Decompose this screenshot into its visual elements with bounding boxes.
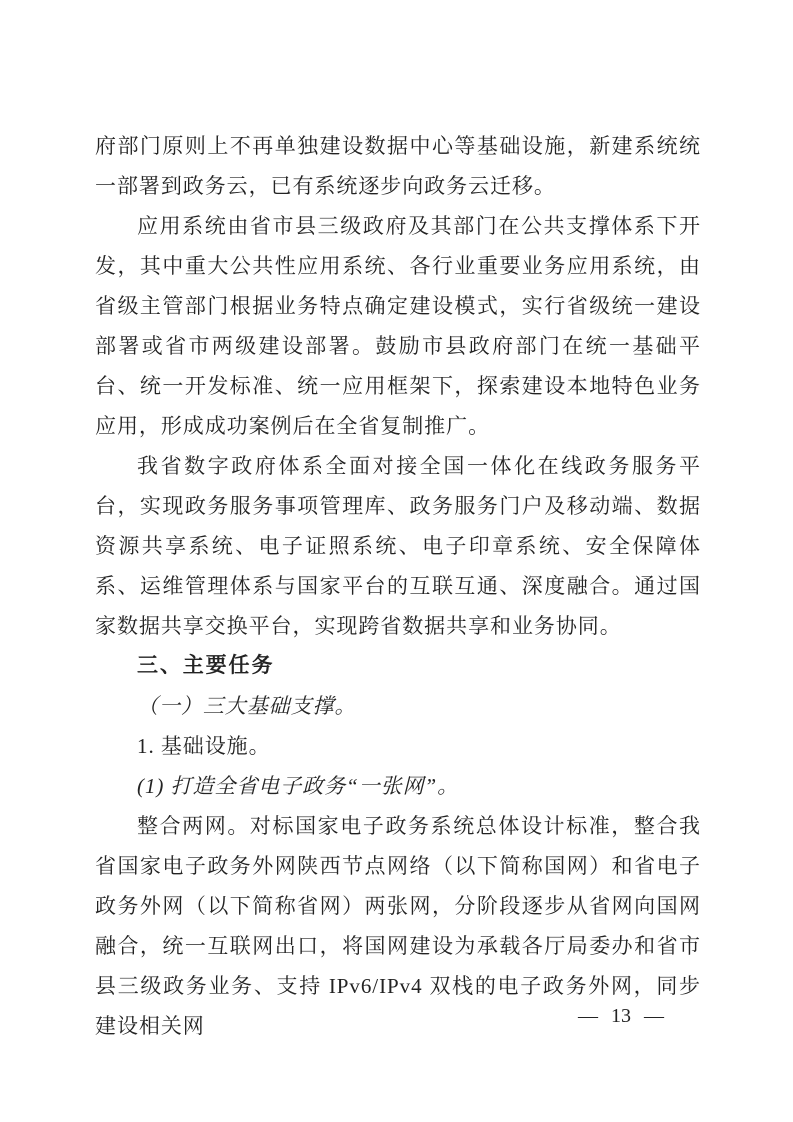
section-heading-main-tasks: 三、主要任务	[95, 646, 701, 686]
document-body: 府部门原则上不再单独建设数据中心等基础设施，新建系统统一部署到政务云，已有系统逐…	[95, 126, 701, 1046]
page-number: — 13 —	[578, 1002, 664, 1030]
document-page: 府部门原则上不再单独建设数据中心等基础设施，新建系统统一部署到政务云，已有系统逐…	[0, 0, 793, 1122]
numbered-item-infrastructure: 1. 基础设施。	[95, 726, 701, 766]
page-number-left-dash: —	[578, 1002, 598, 1030]
page-number-value: 13	[611, 1002, 631, 1030]
page-number-right-dash: —	[644, 1002, 664, 1030]
body-paragraph: 我省数字政府体系全面对接全国一体化在线政务服务平台，实现政务服务事项管理库、政务…	[95, 446, 701, 646]
sub-item-heading-one-network: (1) 打造全省电子政务“一张网”。	[95, 766, 701, 806]
body-paragraph-continuation: 府部门原则上不再单独建设数据中心等基础设施，新建系统统一部署到政务云，已有系统逐…	[95, 126, 701, 206]
body-paragraph: 应用系统由省市县三级政府及其部门在公共支撑体系下开发，其中重大公共性应用系统、各…	[95, 206, 701, 446]
subsection-heading-three-foundations: （一）三大基础支撑。	[95, 686, 701, 726]
